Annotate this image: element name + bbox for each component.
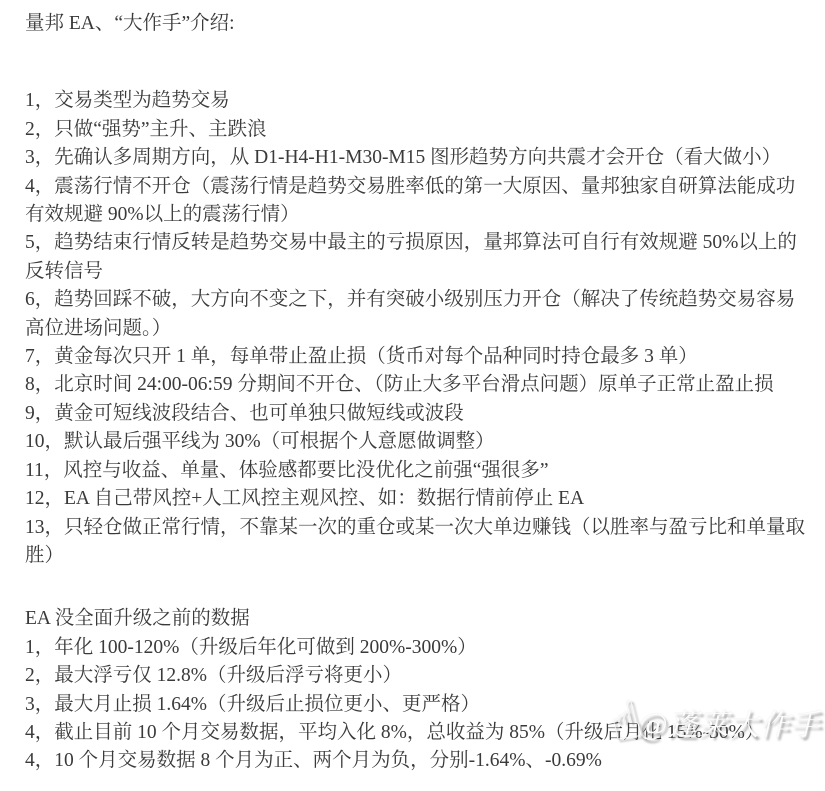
text-line: 2，只做“强势”主升、主跌浪 (25, 116, 807, 144)
text-line: 11，风控与收益、单量、体验感都要比没优化之前强“强很多” (25, 457, 807, 485)
text-line: 反转信号 (25, 258, 807, 286)
pre-upgrade-data-section: EA 没全面升级之前的数据 1，年化 100-120%（升级后年化可做到 200… (25, 605, 807, 775)
section-heading: EA 没全面升级之前的数据 (25, 605, 807, 633)
data-list: 1，年化 100-120%（升级后年化可做到 200%-300%）2，最大浮亏仅… (25, 634, 807, 776)
document-title: 量邦 EA、“大作手”介绍: (25, 10, 807, 38)
text-line: 5，趋势结束行情反转是趋势交易中最主的亏损原因，量邦算法可自行有效规避 50%以… (25, 229, 807, 257)
text-line: 4，震荡行情不开仓（震荡行情是趋势交易胜率低的第一大原因、量邦独家自研算法能成功 (25, 173, 807, 201)
text-line: 胜） (25, 542, 807, 570)
text-line: 7，黄金每次只开 1 单，每单带止盈止损（货币对每个品种同时持仓最多 3 单） (25, 343, 807, 371)
text-line: 高位进场问题。） (25, 315, 807, 343)
text-line: 1，年化 100-120%（升级后年化可做到 200%-300%） (25, 634, 807, 662)
text-line: 2，最大浮亏仅 12.8%（升级后浮亏将更小） (25, 662, 807, 690)
text-line: 6，趋势回踩不破，大方向不变之下，并有突破小级别压力开仓（解决了传统趋势交易容易 (25, 286, 807, 314)
text-line: 有效规避 90%以上的震荡行情） (25, 201, 807, 229)
text-line: 13，只轻仓做正常行情，不靠某一次的重仓或某一次大单边赚钱（以胜率与盈亏比和单量… (25, 514, 807, 542)
text-line: 10，默认最后强平线为 30%（可根据个人意愿做调整） (25, 428, 807, 456)
text-line: 8，北京时间 24:00-06:59 分期间不开仓、（防止大多平台滑点问题）原单… (25, 371, 807, 399)
text-line: 3，先确认多周期方向，从 D1-H4-H1-M30-M15 图形趋势方向共震才会… (25, 144, 807, 172)
text-line: 4，截止目前 10 个月交易数据，平均入化 8%，总收益为 85%（升级后月化 … (25, 719, 807, 747)
text-line: 9，黄金可短线波段结合、也可单独只做短线或波段 (25, 400, 807, 428)
text-line: 3，最大月止损 1.64%（升级后止损位更小、更严格） (25, 691, 807, 719)
document-page: 量邦 EA、“大作手”介绍: 1，交易类型为趋势交易2，只做“强势”主升、主跌浪… (0, 0, 825, 791)
text-line: 12，EA 自己带风控+人工风控主观风控、如：数据行情前停止 EA (25, 485, 807, 513)
text-line: 4，10 个月交易数据 8 个月为正、两个月为负，分别-1.64%、-0.69% (25, 747, 807, 775)
intro-list: 1，交易类型为趋势交易2，只做“强势”主升、主跌浪3，先确认多周期方向，从 D1… (25, 87, 807, 570)
text-line: 1，交易类型为趋势交易 (25, 87, 807, 115)
